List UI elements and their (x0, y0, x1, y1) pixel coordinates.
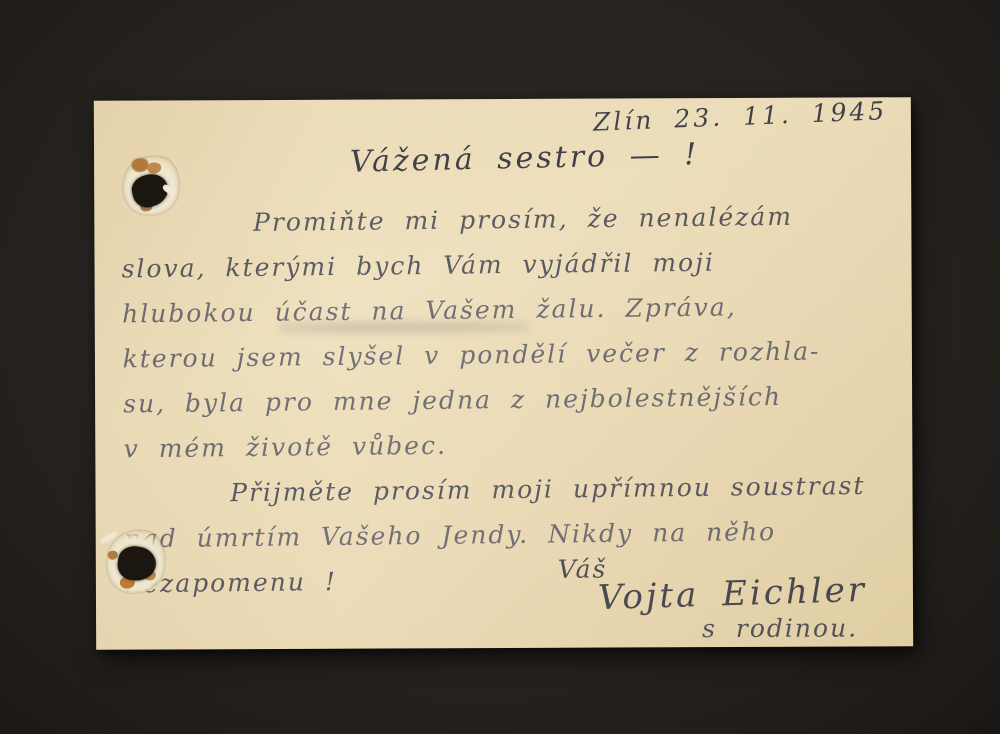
letter-line: Přijměte prosím moji upřímnou soustrast (124, 462, 914, 516)
salutation: Vážená sestro — ! (350, 137, 700, 180)
photograph-background: Zlín 23. 11. 1945 Vážená sestro — ! Prom… (0, 0, 1000, 734)
dateline: Zlín 23. 11. 1945 (592, 96, 887, 137)
letter-line: Promiňte mi prosím, že nenalézám (121, 192, 911, 246)
signature: Vojta Eichler (597, 570, 867, 618)
letter-paper: Zlín 23. 11. 1945 Vážená sestro — ! Prom… (94, 97, 913, 650)
letter-body: Promiňte mi prosím, že nenalézám slova, … (121, 192, 916, 606)
punch-hole-top (120, 152, 182, 218)
letter-line: kterou jsem slyšel v pondělí večer z roz… (122, 327, 912, 381)
punch-hole-bottom (104, 526, 168, 596)
signature-suffix: s rodinou. (702, 613, 858, 643)
